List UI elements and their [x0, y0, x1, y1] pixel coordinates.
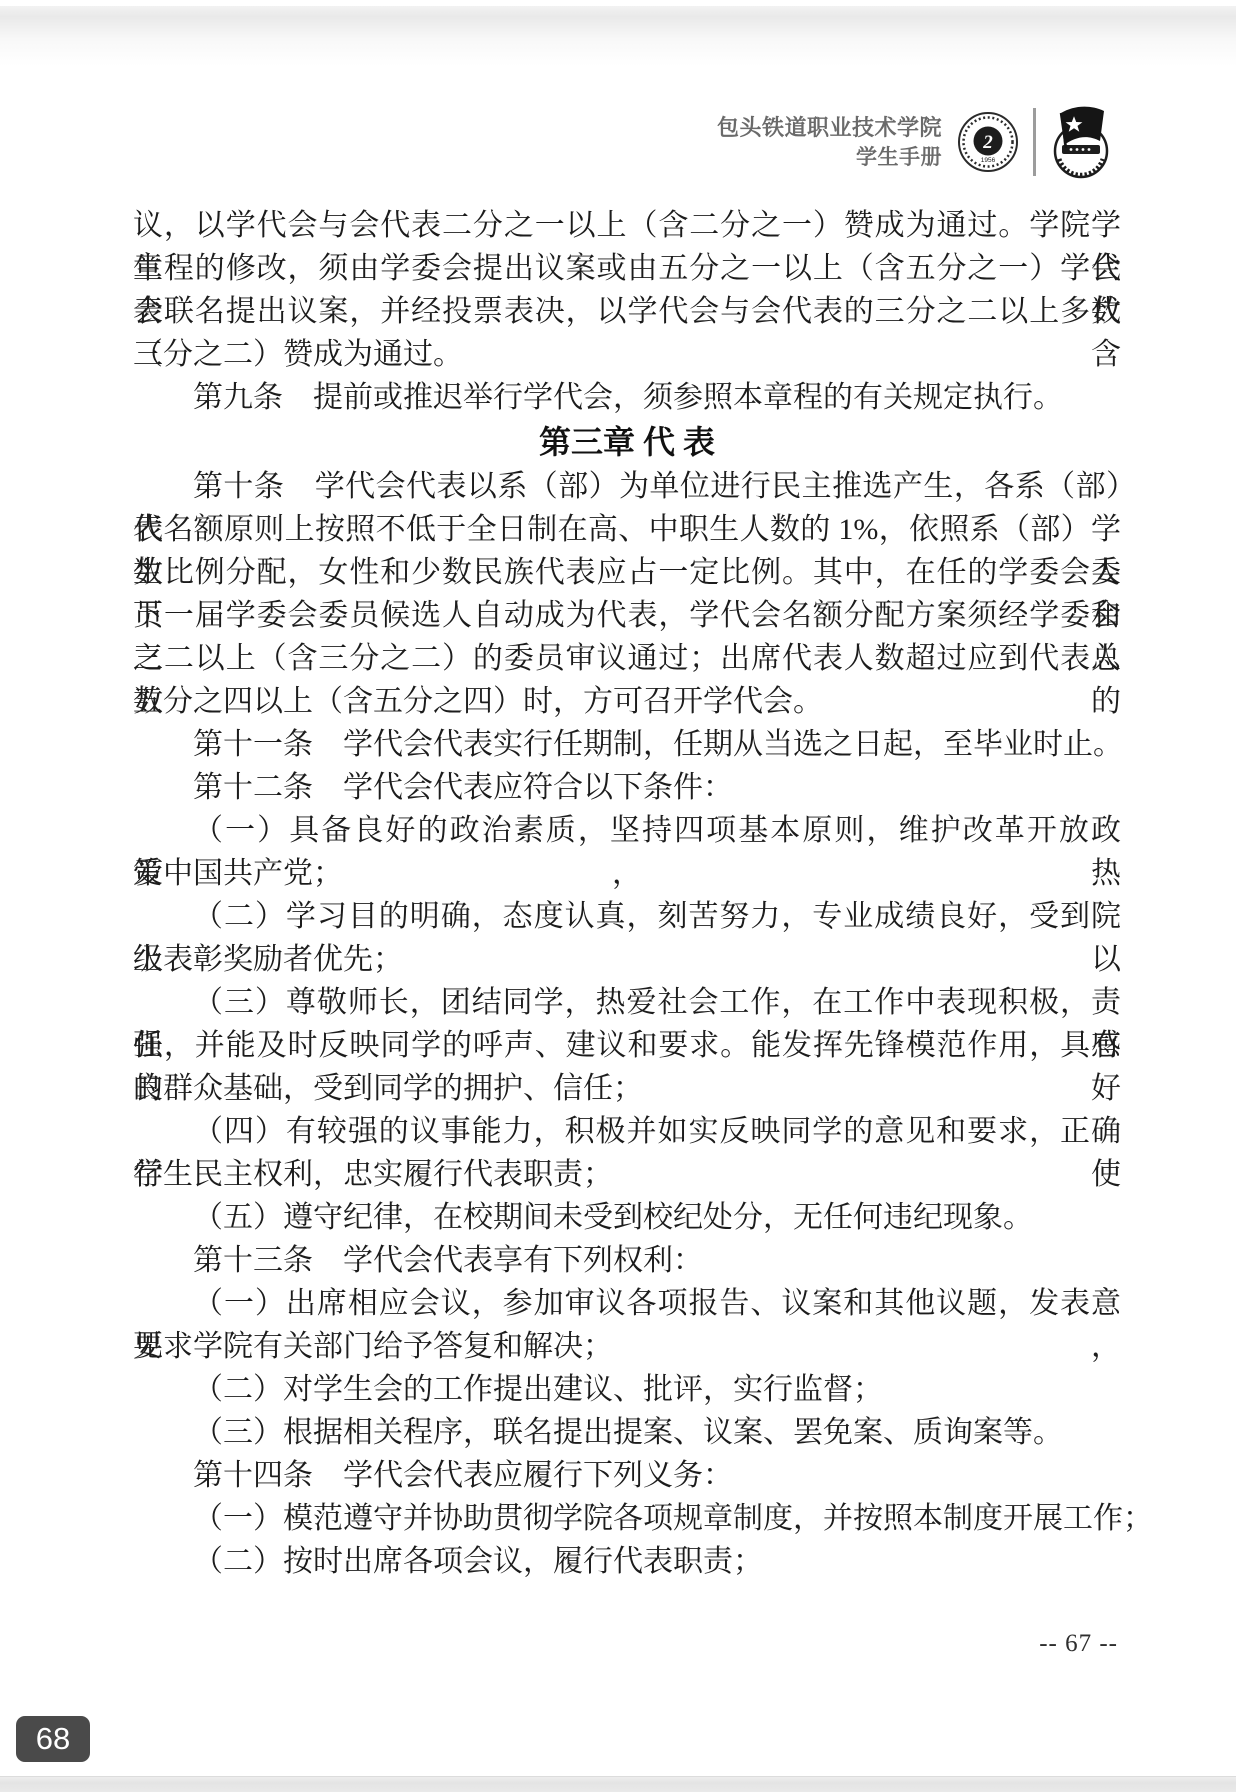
text-line: （三）根据相关程序，联名提出提案、议案、罢免案、质询案等。 [133, 1411, 1121, 1454]
text-line: 第十三条 学代会代表享有下列权利： [133, 1239, 1121, 1282]
text-line: 章程的修改，须由学委会提出议案或由五分之一以上（含五分之一）学代会代 [133, 247, 1121, 290]
scan-edge-top [0, 6, 1236, 66]
viewer-sheet-number-badge: 68 [16, 1716, 90, 1762]
text-line: 强，并能及时反映同学的呼声、建议和要求。能发挥先锋模范作用，具有良好 [133, 1024, 1121, 1067]
text-line: 数比例分配，女性和少数民族代表应占一定比例。其中，在任的学委会委员和 [133, 551, 1121, 594]
text-line: 第十四条 学代会代表应履行下列义务： [133, 1454, 1121, 1497]
text-line: 表名额原则上按照不低于全日制在高、中职生人数的 1%，依照系（部）学生人 [133, 508, 1121, 551]
text-line: （五）遵守纪律，在校期间未受到校纪处分，无任何违纪现象。 [133, 1196, 1121, 1239]
chapter-heading: 第三章 代 表 [133, 419, 1121, 465]
text-line: 第九条 提前或推迟举行学代会，须参照本章程的有关规定执行。 [133, 376, 1121, 419]
text-line: （四）有较强的议事能力，积极并如实反映同学的意见和要求，正确行使 [133, 1110, 1121, 1153]
text-line: （一）模范遵守并协助贯彻学院各项规章制度，并按照本制度开展工作； [133, 1497, 1121, 1540]
text-line: 第十一条 学代会代表实行任期制，任期从当选之日起，至毕业时止。 [133, 723, 1121, 766]
scan-edge-bottom [0, 1776, 1236, 1792]
text-line: 下一届学委会委员候选人自动成为代表，学代会名额分配方案须经学委会三人 [133, 594, 1121, 637]
school-name: 包头铁道职业技术学院 [717, 113, 942, 143]
text-line: 之二以上（含三分之二）的委员审议通过；出席代表人数超过应到代表总数的 [133, 637, 1121, 680]
handbook-scanned-page: 包头铁道职业技术学院 学生手册 2 1956 议，以学代会与会代表二分之一以上（… [0, 0, 1236, 1792]
school-seal-icon: 2 1956 [957, 111, 1019, 173]
viewer-sheet-number: 68 [36, 1721, 70, 1757]
text-line: 第十二条 学代会代表应符合以下条件： [133, 766, 1121, 809]
svg-text:2: 2 [982, 132, 993, 153]
header-text-block: 包头铁道职业技术学院 学生手册 [717, 113, 942, 172]
text-line: （一）出席相应会议，参加审议各项报告、议案和其他议题，发表意见， [133, 1282, 1121, 1325]
text-line: （一）具备良好的政治素质，坚持四项基本原则，维护改革开放政策，热 [133, 809, 1121, 852]
header-divider [1033, 108, 1036, 176]
svg-text:1956: 1956 [981, 157, 996, 164]
document-body: 议，以学代会与会代表二分之一以上（含二分之一）赞成为通过。学院学生会章程的修改，… [133, 204, 1121, 1583]
text-line: （二）对学生会的工作提出建议、批评，实行监督； [133, 1368, 1121, 1411]
text-line: 议，以学代会与会代表二分之一以上（含二分之一）赞成为通过。学院学生会 [133, 204, 1121, 247]
text-line: （三）尊敬师长，团结同学，热爱社会工作，在工作中表现积极，责任感 [133, 981, 1121, 1024]
youth-league-badge-icon [1049, 103, 1113, 181]
text-line: （二）学习目的明确，态度认真，刻苦努力，专业成绩良好，受到院级以 [133, 895, 1121, 938]
text-line: 第十条 学代会代表以系（部）为单位进行民主推选产生，各系（部）代 [133, 465, 1121, 508]
page-header: 包头铁道职业技术学院 学生手册 2 1956 [717, 96, 1113, 188]
handbook-title: 学生手册 [717, 143, 942, 172]
printed-page-number: -- 67 -- [1039, 1630, 1118, 1658]
text-line: （二）按时出席各项会议，履行代表职责； [133, 1540, 1121, 1583]
text-line: 表联名提出议案，并经投票表决，以学代会与会代表的三分之二以上多数（含 [133, 290, 1121, 333]
